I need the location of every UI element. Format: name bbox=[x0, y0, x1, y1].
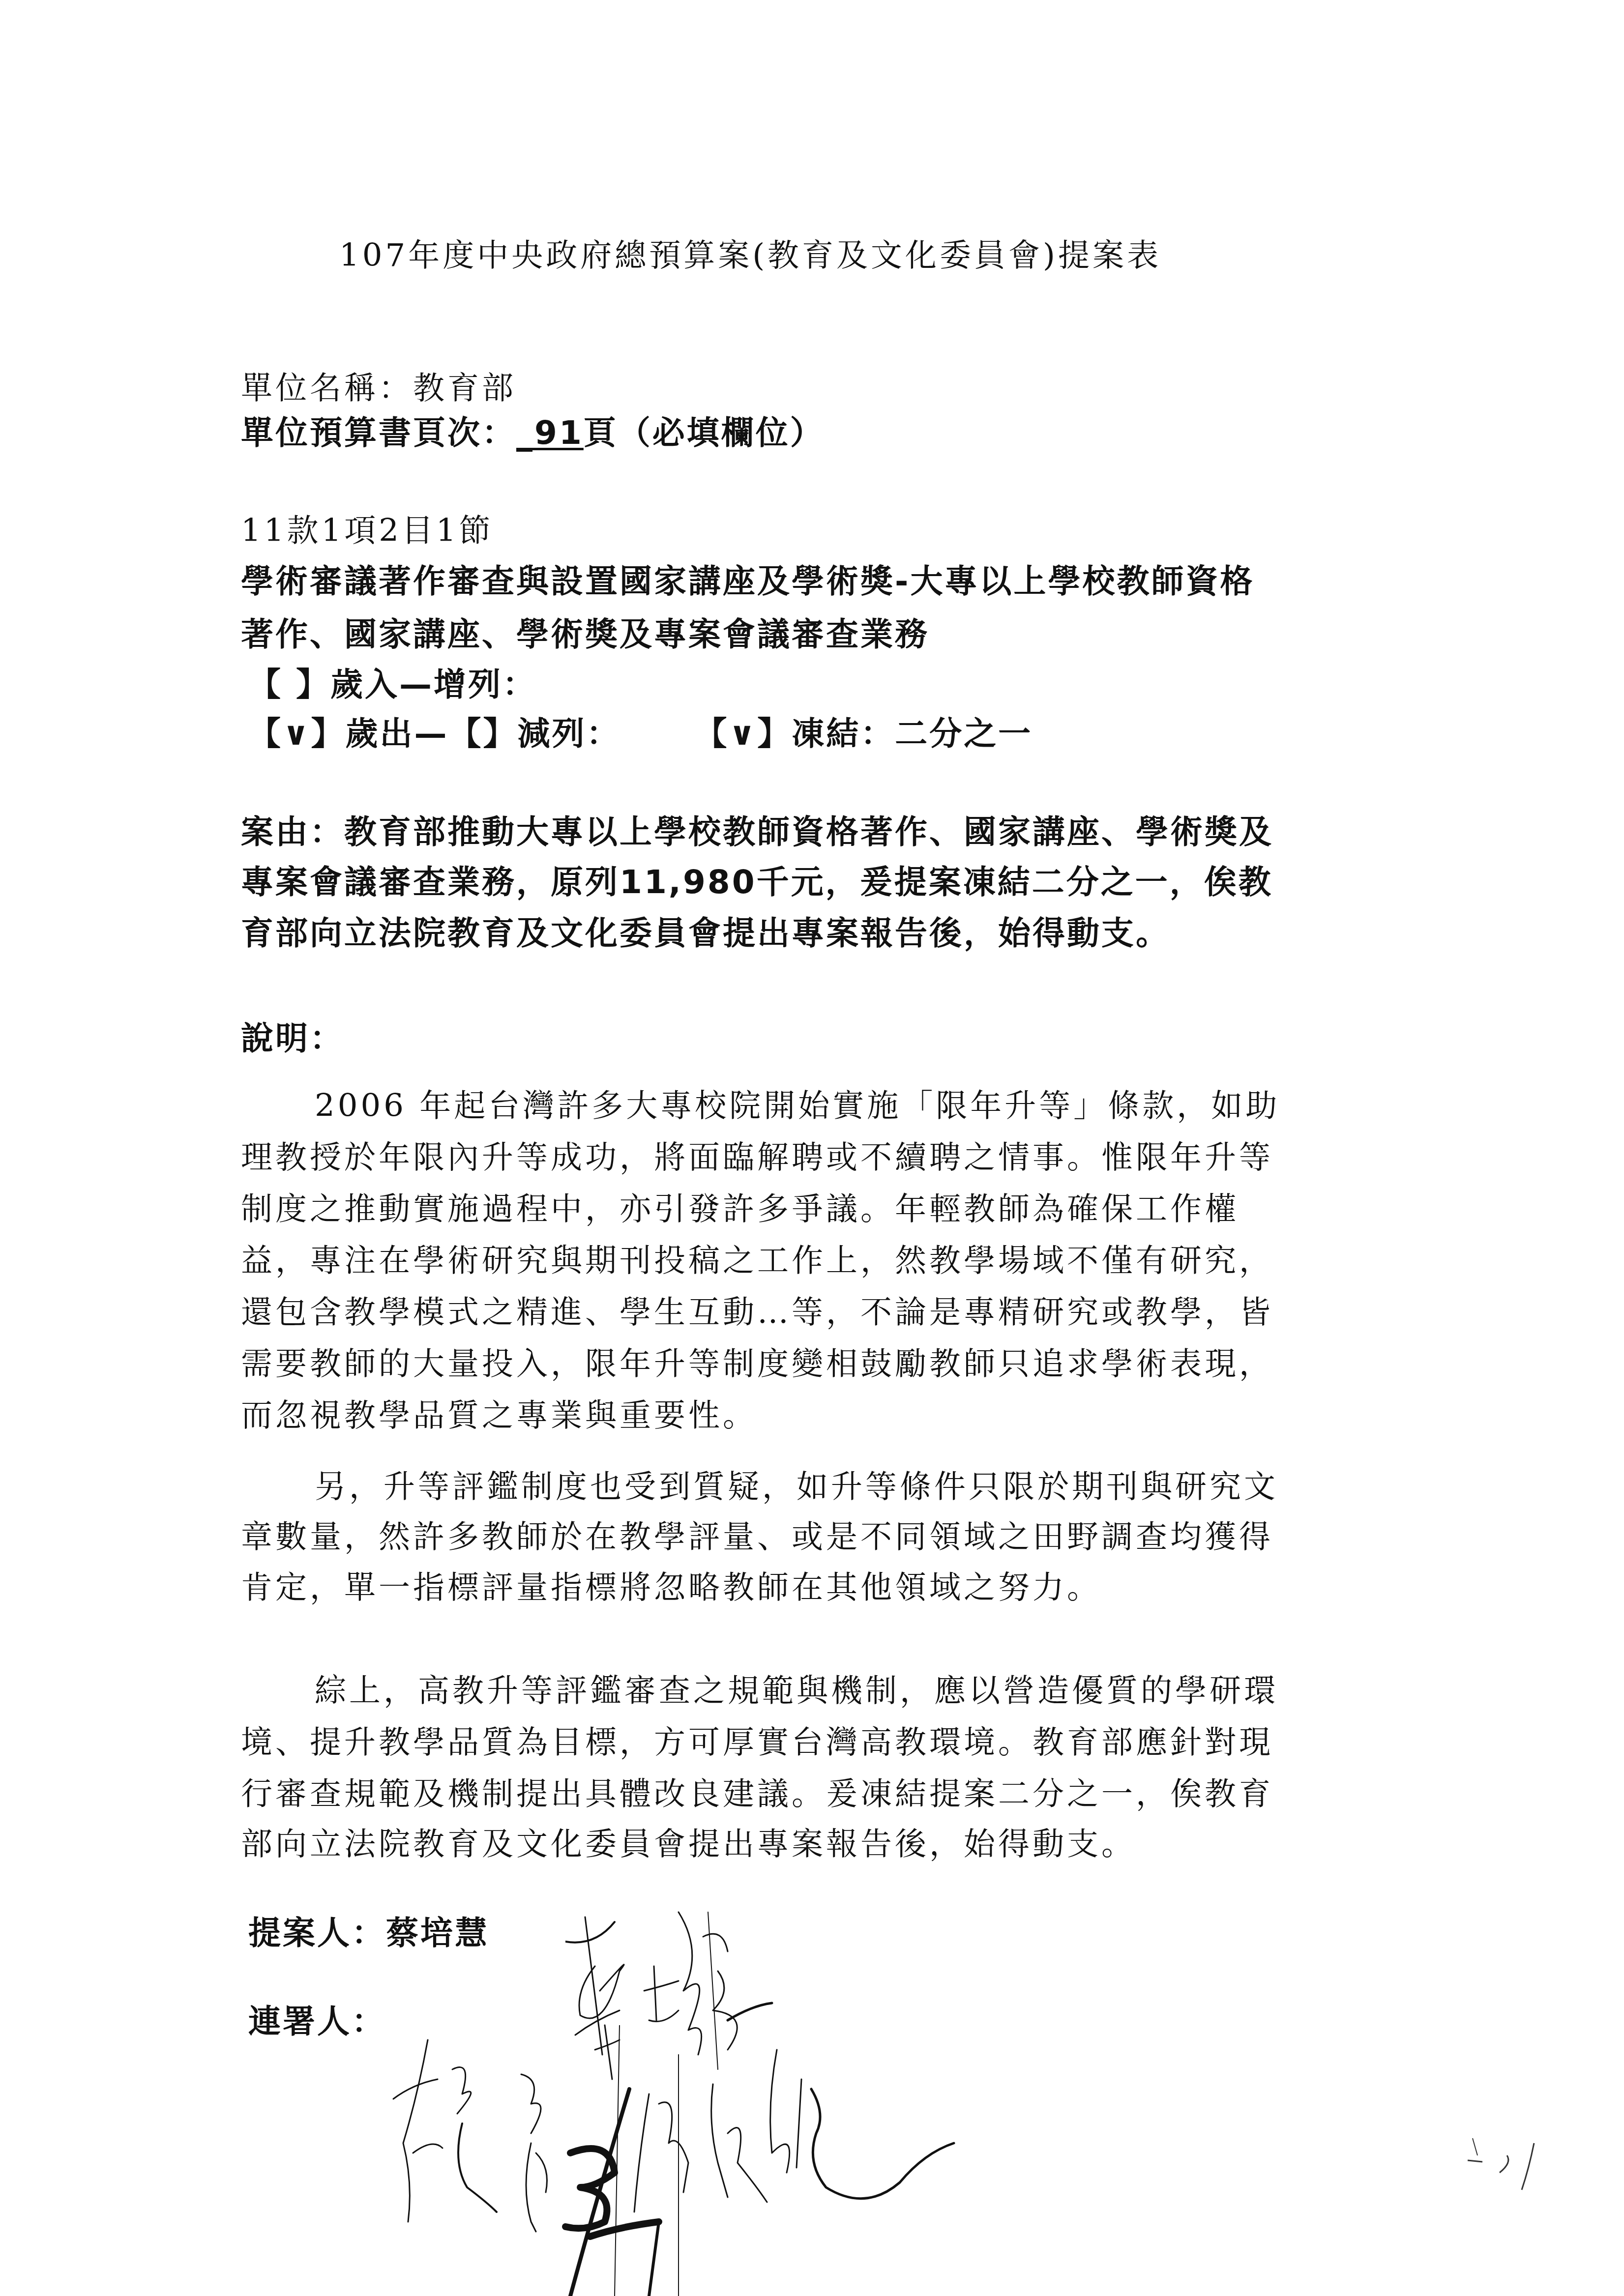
document-title: 107年度中央政府總預算案(教育及文化委員會)提案表 bbox=[339, 240, 1161, 271]
paragraph-3-line: 境、提升教學品質為目標，方可厚實台灣高教環境。教育部應針對現 bbox=[241, 1727, 1273, 1758]
paragraph-3-line: 綜上，高教升等評鑑審查之規範與機制，應以營造優質的學研環 bbox=[315, 1675, 1278, 1707]
revenue-label: 歲入—增列： bbox=[330, 666, 537, 703]
unit-name-label: 單位名稱： bbox=[241, 370, 413, 407]
expenditure-label: 歲出— bbox=[346, 715, 449, 753]
paragraph-1-line: 還包含教學模式之精進、學生互動…等，不論是專精研究或教學，皆 bbox=[241, 1297, 1273, 1328]
paragraph-1-line: 而忽視教學品質之專業與重要性。 bbox=[241, 1400, 757, 1431]
proposer-row: 提案人：蔡培慧 bbox=[248, 1917, 489, 1949]
freeze-label: 凍結：二分之一 bbox=[792, 715, 1033, 753]
paragraph-2-line: 另，升等評鑑制度也受到質疑，如升等條件只限於期刊與研究文 bbox=[315, 1471, 1278, 1503]
paragraph-1-line: 需要教師的大量投入，限年升等制度變相鼓勵教師只追求學術表現， bbox=[241, 1348, 1273, 1380]
paragraph-1-line: 益，專注在學術研究與期刊投稿之工作上，然教學場域不僅有研究， bbox=[241, 1245, 1273, 1277]
cosigner-signatures bbox=[384, 2025, 1121, 2296]
expenditure-option-row: 【∨】歲出—【】減列：【∨】凍結：二分之一 bbox=[248, 718, 1033, 750]
paragraph-1-line: 制度之推動實施過程中，亦引發許多爭議。年輕教師為確保工作權 bbox=[241, 1193, 1239, 1225]
reduce-label: 減列： bbox=[518, 715, 621, 753]
expenditure-checkbox: 【∨】 bbox=[248, 715, 346, 753]
paragraph-3-line: 部向立法院教育及文化委員會提出專案報告後，始得動支。 bbox=[241, 1829, 1136, 1860]
paragraph-1-line: 理教授於年限內升等成功，將面臨解聘或不續聘之情事。惟限年升等 bbox=[241, 1142, 1273, 1173]
paragraph-2-line: 章數量，然許多教師於在教學評量、或是不同領域之田野調查均獲得 bbox=[241, 1521, 1273, 1553]
revenue-checkbox: 【 】 bbox=[248, 666, 330, 703]
budget-page-label: 單位預算書頁次： bbox=[241, 414, 516, 452]
budget-page-number: _91 bbox=[516, 414, 584, 452]
case-reason-line1: 案由：教育部推動大專以上學校教師資格著作、國家講座、學術獎及 bbox=[241, 816, 1273, 848]
unit-name-value: 教育部 bbox=[413, 370, 516, 407]
budget-item-code: 11款1項2目1節 bbox=[241, 515, 494, 547]
budget-page-number-value: 91 bbox=[534, 414, 584, 452]
budget-item-title-line2: 著作、國家講座、學術獎及專案會議審查業務 bbox=[241, 618, 929, 651]
case-reason-line3: 育部向立法院教育及文化委員會提出專案報告後，始得動支。 bbox=[241, 917, 1170, 950]
paragraph-3-line: 行審查規範及機制提出具體改良建議。爰凍結提案二分之一，俟教育 bbox=[241, 1778, 1273, 1810]
cosigner-label: 連署人： bbox=[248, 2005, 386, 2038]
budget-page-prefix: _ bbox=[516, 414, 534, 452]
unit-name-row: 單位名稱：教育部 bbox=[241, 373, 516, 404]
paragraph-1-line: 2006 年起台灣許多大專校院開始實施「限年升等」條款，如助 bbox=[315, 1090, 1280, 1122]
proposer-label: 提案人： bbox=[248, 1914, 386, 1952]
paragraph-2-line: 肯定，單一指標評量指標將忽略教師在其他領域之努力。 bbox=[241, 1572, 1101, 1603]
explanation-heading: 說明： bbox=[241, 1022, 344, 1055]
revenue-option-row: 【 】歲入—增列： bbox=[248, 668, 537, 701]
proposer-name: 蔡培慧 bbox=[386, 1914, 489, 1952]
reduce-checkbox: 【】 bbox=[449, 715, 518, 753]
freeze-checkbox: 【∨】 bbox=[695, 715, 792, 753]
budget-page-suffix: 頁（必填欄位） bbox=[584, 414, 825, 452]
case-reason-line2: 專案會議審查業務，原列11,980千元，爰提案凍結二分之一，俟教 bbox=[241, 866, 1273, 899]
margin-page-mark bbox=[1465, 2133, 1544, 2202]
budget-page-row: 單位預算書頁次：_91頁（必填欄位） bbox=[241, 417, 825, 449]
budget-item-title-line1: 學術審議著作審查與設置國家講座及學術獎-大專以上學校教師資格 bbox=[241, 565, 1254, 598]
